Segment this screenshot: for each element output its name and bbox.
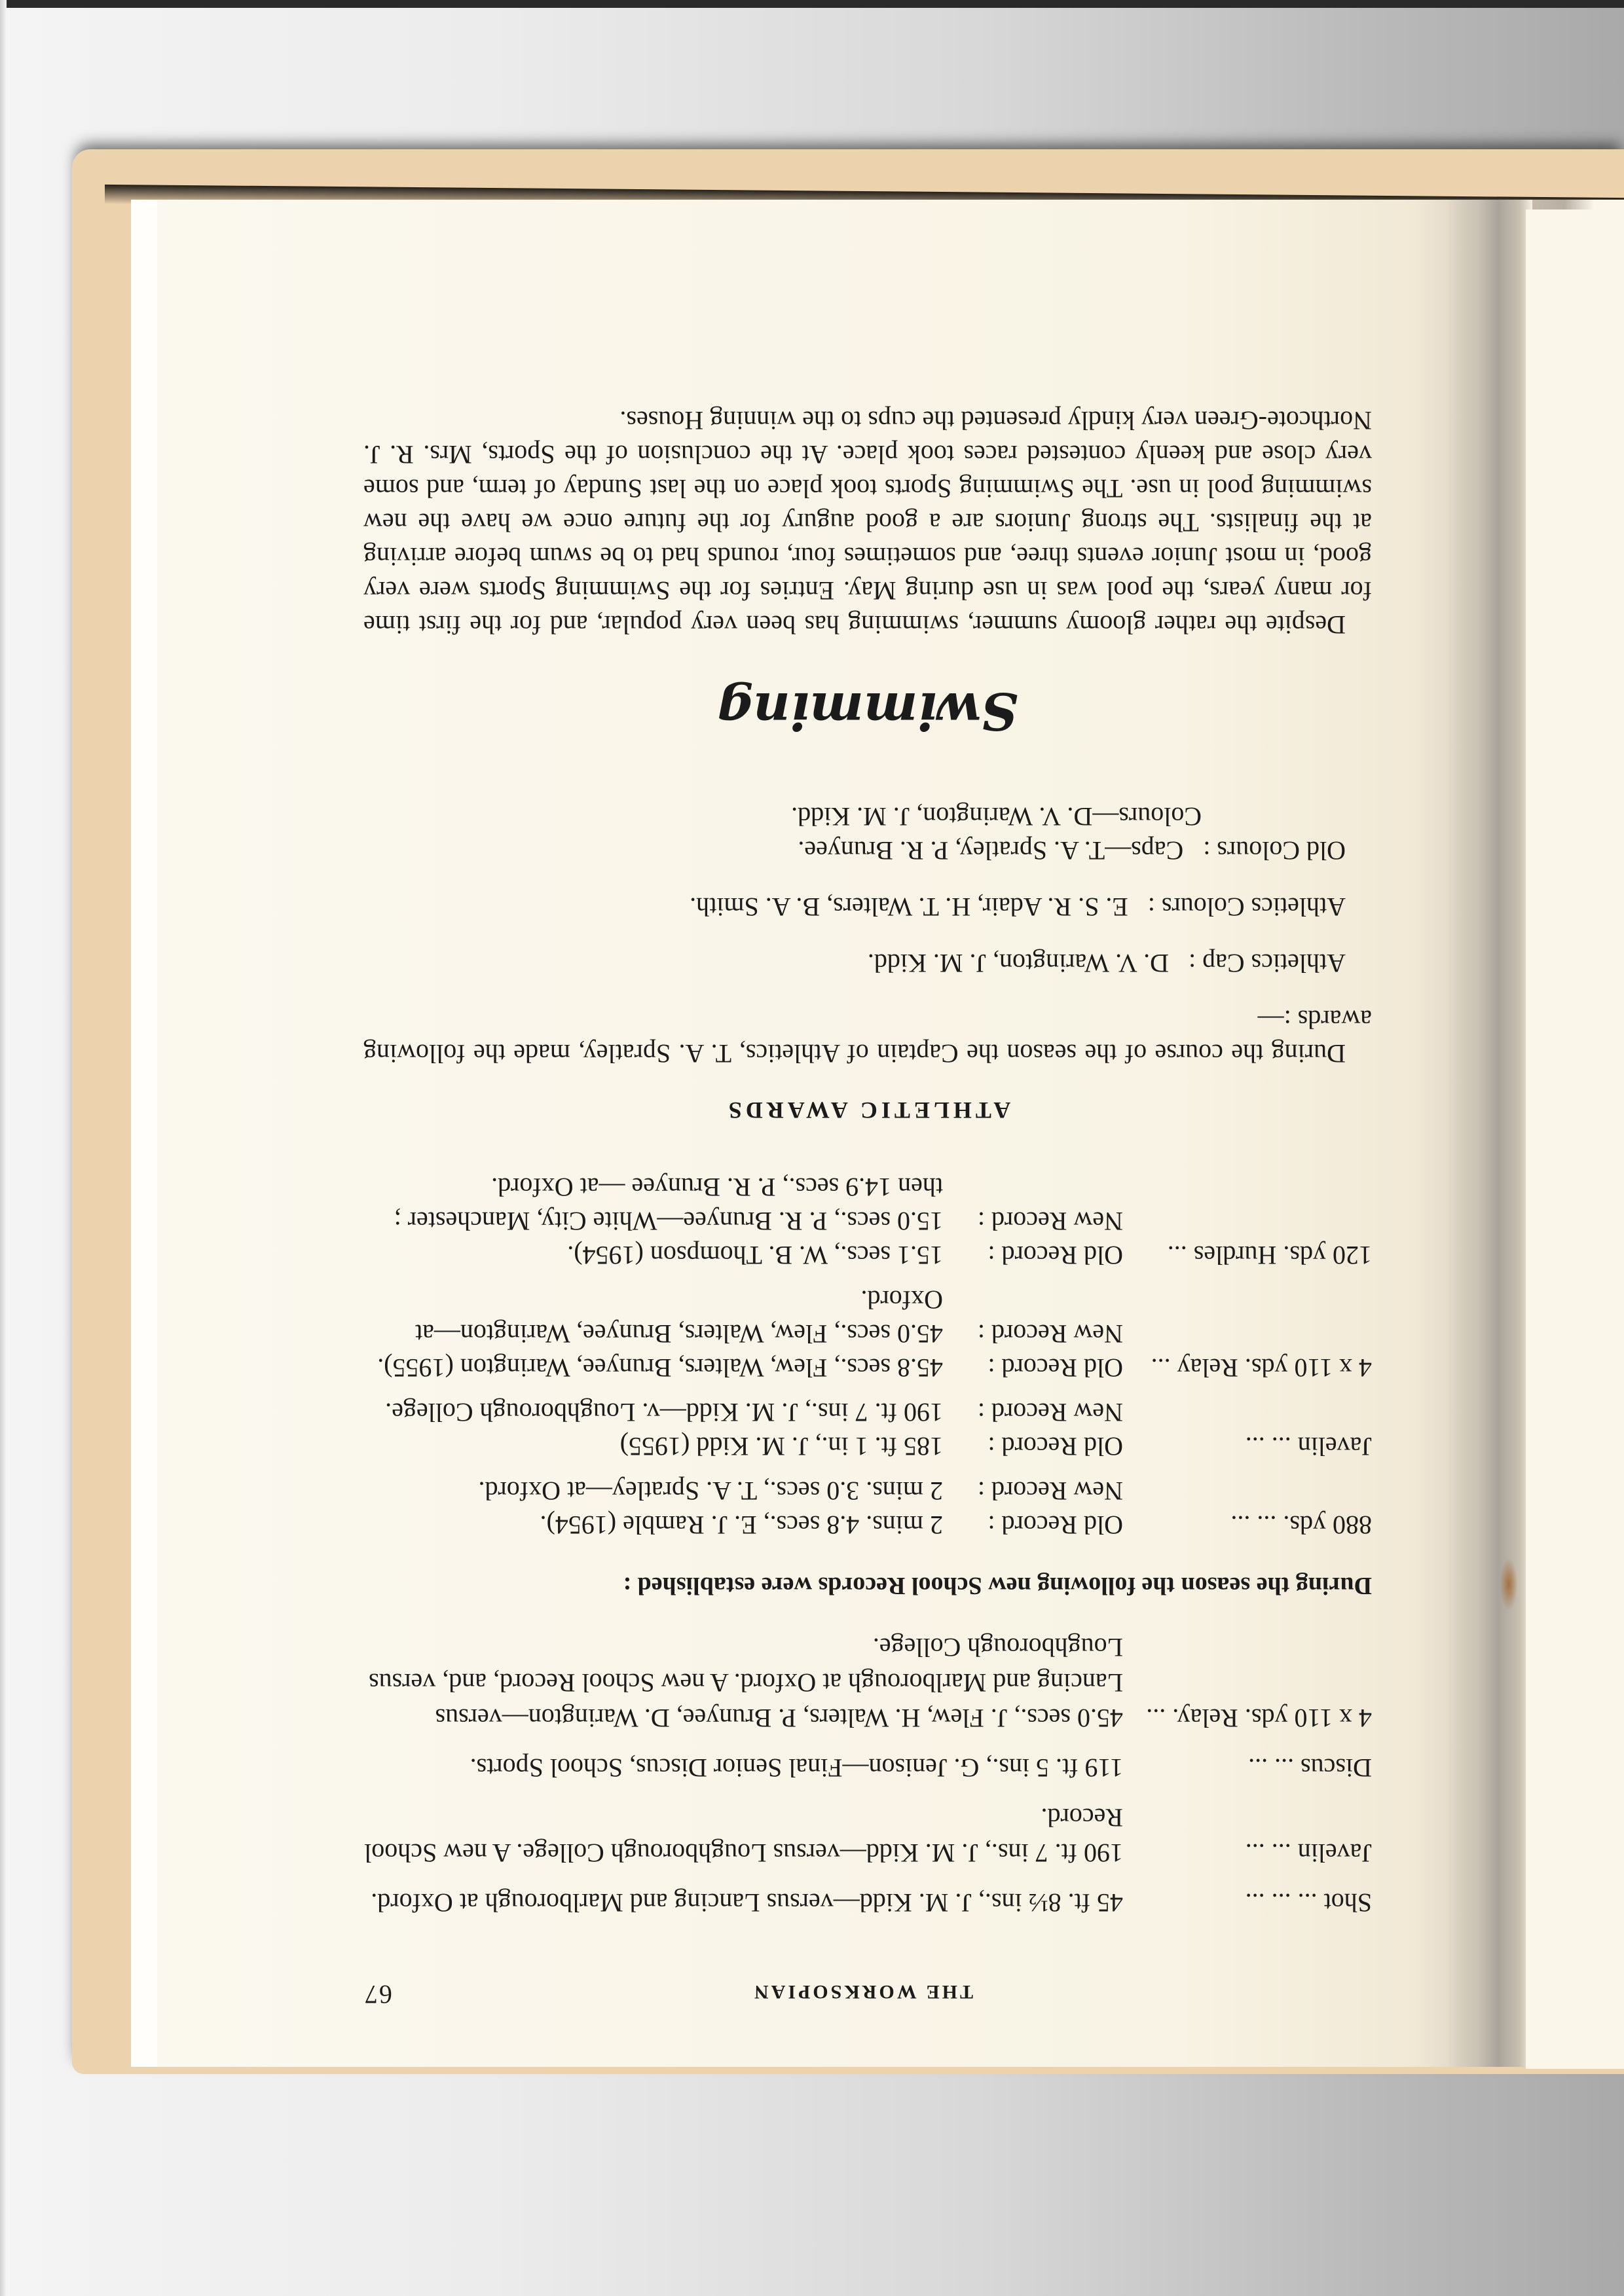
event-name: Shot ... ... ...: [1123, 1885, 1372, 1920]
result-text: 190 ft. 7 ins., J. M. Kidd—versus Loughb…: [363, 1800, 1123, 1870]
event-name: Discus ... ...: [1123, 1750, 1372, 1785]
event-name: Javelin ... ...: [1123, 1800, 1372, 1870]
record-kind: Old Record :: [943, 1238, 1123, 1272]
record-group-relay: 4 x 110 yds. Relay ... Old Record : 45.8…: [363, 1283, 1372, 1385]
result-row: Discus ... ... 119 ft. 5 ins., G. Jeniso…: [363, 1750, 1372, 1785]
record-group-hurdles: 120 yds. Hurdles ... Old Record : 15.1 s…: [363, 1170, 1372, 1272]
athletics-cap: Athletics Cap : D. V. Warington, J. M. K…: [363, 946, 1372, 980]
athletic-awards-heading: ATHLETIC AWARDS: [363, 1097, 1372, 1124]
swimming-paragraph: Despite the rather gloomy summer, swimmi…: [363, 403, 1372, 642]
record-kind: New Record :: [943, 1170, 1123, 1238]
record-value: 190 ft. 7 ins., J. M. Kidd—v. Loughborou…: [363, 1395, 943, 1429]
record-kind: Old Record :: [943, 1508, 1123, 1542]
record-kind: New Record :: [943, 1474, 1123, 1508]
record-value: 185 ft. 1 in., J. M. Kidd (1955): [363, 1429, 943, 1463]
results-list: Shot ... ... ... 45 ft. 8½ ins., J. M. K…: [363, 1630, 1372, 1920]
scanner-top-edge: [0, 0, 1624, 8]
facing-page-edge: [1526, 210, 1624, 2069]
record-value: 45.0 secs., Flew, Walters, Brunyee, Wari…: [363, 1283, 943, 1351]
old-colours: Old Colours : Caps—T. A. Spratley, P. R.…: [363, 833, 1372, 867]
record-kind: New Record :: [943, 1283, 1123, 1351]
athletic-awards-intro: During the course of the season the Capt…: [363, 1002, 1372, 1070]
event-name: 4 x 110 yds. Relay. ...: [1123, 1630, 1372, 1736]
record-value: 2 mins. 4.8 secs., E. J. Ramble (1954).: [363, 1508, 943, 1542]
result-row: Javelin ... ... 190 ft. 7 ins., J. M. Ki…: [363, 1800, 1372, 1870]
record-value: 2 mins. 3.0 secs., T. A. Spratley—at Oxf…: [363, 1474, 943, 1508]
result-text: 119 ft. 5 ins., G. Jenison—Final Senior …: [363, 1750, 1123, 1785]
old-colours-colours: Colours—D. V. Warington, J. M. Kidd.: [363, 799, 1372, 833]
scanner-left-edge: [0, 0, 7, 2296]
result-row: Shot ... ... ... 45 ft. 8½ ins., J. M. K…: [363, 1885, 1372, 1920]
result-row: 4 x 110 yds. Relay. ... 45.0 secs., J. F…: [363, 1630, 1372, 1736]
record-value: 15.0 secs., P. R. Brunyee—White City, Ma…: [363, 1170, 943, 1238]
running-head: THE WORKSOPIAN 67: [363, 1979, 1372, 2010]
record-kind: Old Record :: [943, 1351, 1123, 1385]
result-text: 45 ft. 8½ ins., J. M. Kidd—versus Lancin…: [363, 1885, 1123, 1920]
record-event: 4 x 110 yds. Relay ...: [1123, 1351, 1372, 1385]
record-group-880: 880 yds. ... ... Old Record : 2 mins. 4.…: [363, 1474, 1372, 1542]
record-kind: New Record :: [943, 1395, 1123, 1429]
result-text: 45.0 secs., J. Flew, H. Walters, P. Brun…: [363, 1630, 1123, 1736]
record-value: 15.1 secs., W. B. Thompson (1954).: [363, 1238, 943, 1272]
records-list: 880 yds. ... ... Old Record : 2 mins. 4.…: [363, 1170, 1372, 1542]
book-gutter: [1447, 200, 1532, 2067]
record-kind: Old Record :: [943, 1429, 1123, 1463]
record-event: 880 yds. ... ...: [1123, 1508, 1372, 1542]
athletics-colours: Athletics Colours : E. S. R. Adair, H. T…: [363, 890, 1372, 924]
page-text-upside-down: THE WORKSOPIAN 67 Shot ... ... ... 45 ft…: [363, 426, 1372, 2010]
publication-title: THE WORKSOPIAN: [392, 1980, 1333, 2003]
record-event: 120 yds. Hurdles ...: [1123, 1238, 1372, 1272]
page-number: 67: [363, 1979, 392, 2010]
page-edge: [131, 200, 157, 2067]
foxing-stain: [1500, 1558, 1518, 1611]
record-value: 45.8 secs., Flew, Walters, Brunyee, Wari…: [363, 1351, 943, 1385]
record-group-javelin: Javelin ... ... Old Record : 185 ft. 1 i…: [363, 1395, 1372, 1463]
records-intro: During the season the following new Scho…: [363, 1568, 1372, 1603]
record-event: Javelin ... ...: [1123, 1429, 1372, 1463]
swimming-heading: Swimming: [363, 681, 1372, 740]
